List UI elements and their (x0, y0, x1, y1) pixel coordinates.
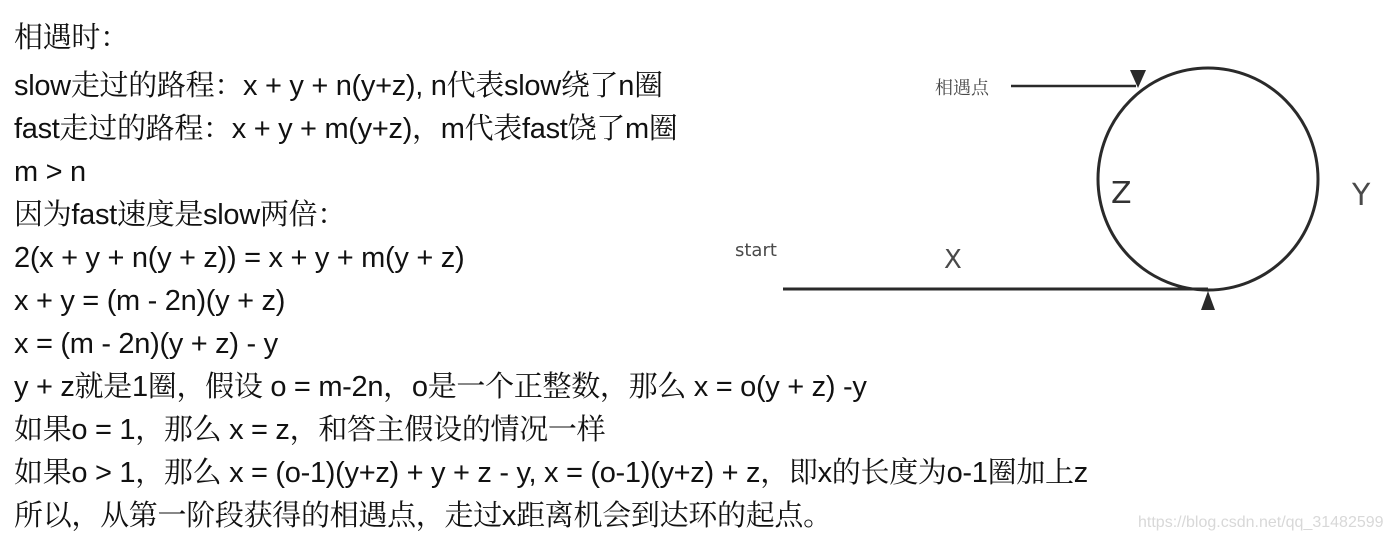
proof-line-4: m > n (14, 154, 86, 190)
meeting-point-arrow-icon (1130, 70, 1146, 88)
watermark: https://blog.csdn.net/qq_31482599 (1138, 514, 1384, 532)
cycle-circle (1098, 68, 1318, 290)
proof-line-11: 如果o > 1，那么 x = (o-1)(y+z) + y + z - y, x… (14, 455, 1088, 491)
cycle-entry-arrow-icon (1201, 291, 1215, 310)
proof-line-10: 如果o = 1，那么 x = z，和答主假设的情况一样 (14, 412, 605, 448)
proof-line-5: 因为fast速度是slow两倍： (14, 197, 346, 233)
proof-line-9: y + z就是1圈，假设 o = m-2n，o是一个正整数，那么 x = o(y… (14, 369, 867, 405)
arc-z-label: Z (1111, 176, 1132, 211)
proof-line-3: fast走过的路程：x + y + m(y+z)，m代表fast饶了m圈 (14, 111, 678, 147)
proof-line-2: slow走过的路程：x + y + n(y+z), n代表slow绕了n圈 (14, 68, 663, 104)
meeting-point-label: 相遇点 (935, 74, 989, 100)
proof-line-6: 2(x + y + n(y + z)) = x + y + m(y + z) (14, 240, 464, 276)
proof-line-1: 相遇时： (14, 20, 129, 56)
arc-y-label: Y (1352, 178, 1370, 213)
proof-line-7: x + y = (m - 2n)(y + z) (14, 283, 285, 319)
proof-line-8: x = (m - 2n)(y + z) - y (14, 326, 278, 362)
proof-line-12: 所以，从第一阶段获得的相遇点，走过x距离机会到达环的起点。 (14, 498, 832, 534)
start-label: start (735, 240, 777, 261)
segment-x-label: X (944, 245, 962, 275)
